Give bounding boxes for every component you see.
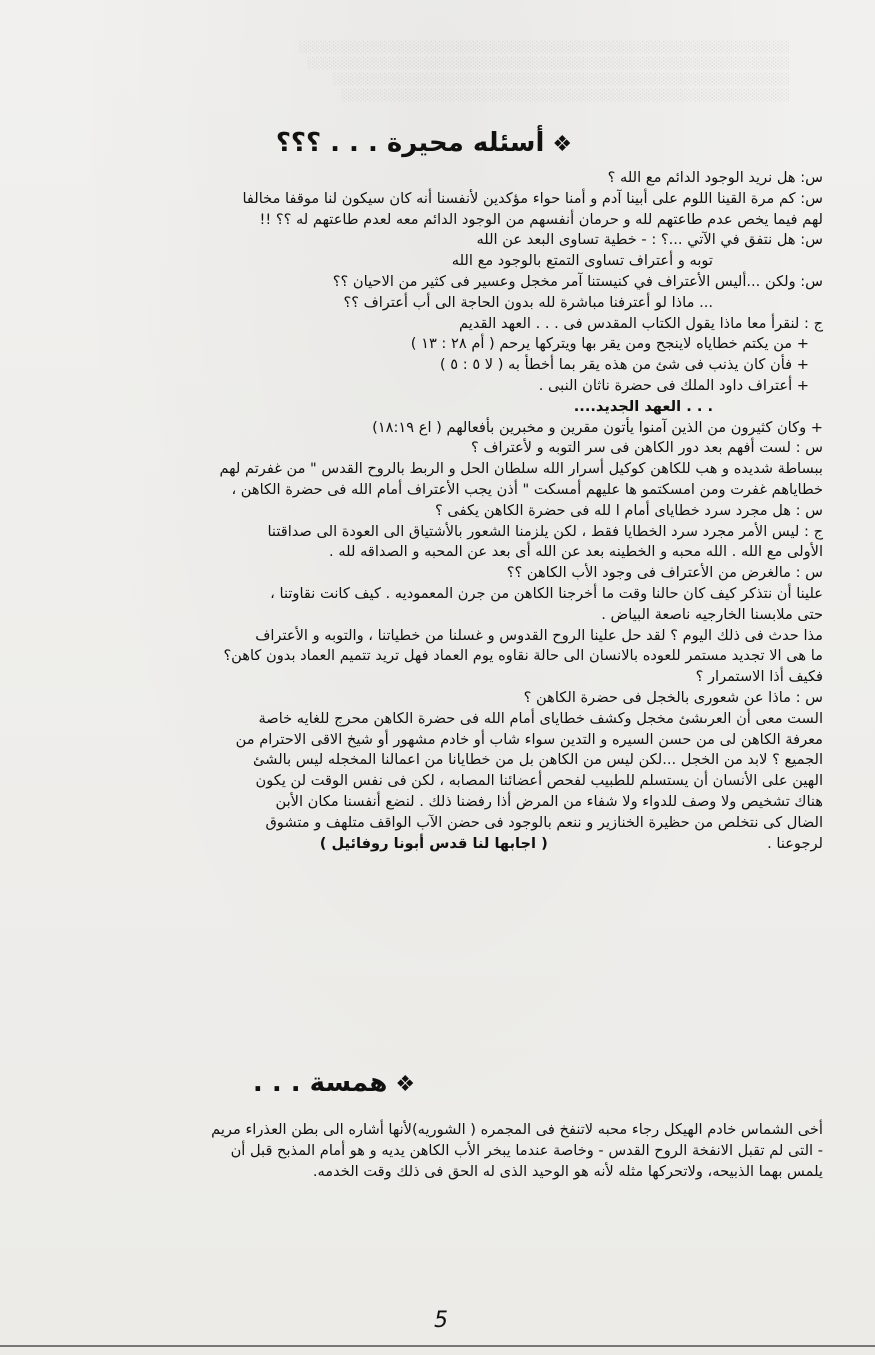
question-line: س: هل نريد الوجود الدائم مع الله ؟: [105, 168, 823, 189]
answer-line: ج : لنقرأ معا ماذا يقول الكتاب المقدس فى…: [105, 314, 823, 335]
text-line: حتى ملابسنا الخارجيه ناصعة البياض .: [105, 605, 823, 626]
four-diamond-bullet-icon: ❖: [552, 132, 572, 157]
text-line: يلمس بهما الذبيحه، ولاتحركها مثله لأنه ه…: [105, 1162, 823, 1183]
question-line: س : لست أفهم بعد دور الكاهن فى سر التوبه…: [105, 438, 823, 459]
text-line: أخى الشماس خادم الهيكل رجاء محبه لاتنفخ …: [105, 1120, 823, 1141]
section-confusing-questions: ❖أسئله محيرة . . . ؟؟؟ س: هل نريد الوجود…: [105, 128, 823, 854]
text-line: فكيف أذا الاستمرار ؟: [105, 667, 823, 688]
question-line: س: ولكن ...أليس الأعتراف في كنيستنا آمر …: [105, 272, 823, 293]
page-bottom-edge: [0, 1345, 875, 1347]
signature: ( اجابها لنا قدس أبونا روفائيل ): [260, 835, 548, 852]
text-line: لهم فيما يخص عدم طاعتهم لله و حرمان أنفس…: [105, 210, 823, 231]
text-line: ما هى الا تجديد مستمر للعوده بالانسان ال…: [105, 646, 823, 667]
text-line: الجميع ؟ لابد من الخجل ...لكن ليس من الك…: [105, 750, 823, 771]
section-title-text: همسة . . .: [253, 1068, 387, 1098]
question-line: س: كم مرة القينا اللوم على أبينا آدم و أ…: [105, 189, 823, 210]
closing-text: لرجوعنا .: [767, 835, 823, 852]
section-title-text: أسئله محيرة . . . ؟؟؟: [276, 128, 545, 158]
answer-line: ج : ليس الأمر مجرد سرد الخطايا فقط ، لكن…: [105, 522, 823, 543]
text-line: الهين على الأنسان أن يستسلم للطبيب لفحص …: [105, 771, 823, 792]
text-line: - التى لم تقبل الانفخة الروح القدس - وخا…: [105, 1141, 823, 1162]
question-line: س : مالغرض من الأعتراف فى وجود الأب الكا…: [105, 563, 823, 584]
section-title: ❖همسة . . .: [105, 1068, 823, 1098]
verse-line: + من يكتم خطاياه لاينجح ومن يقر بها ويتر…: [105, 334, 823, 355]
subheading-new-testament: . . . العهد الجديد....: [105, 397, 823, 418]
question-line: س: هل نتفق في الآتي ...؟ : - خطية تساوى …: [105, 230, 823, 251]
text-line: الست معى أن العرىشئ مخجل وكشف خطاياى أما…: [105, 709, 823, 730]
text-line: معرفة الكاهن لى من حسن السيره و التدين س…: [105, 730, 823, 751]
four-diamond-bullet-icon: ❖: [395, 1072, 415, 1097]
text-line: لرجوعنا . ( اجابها لنا قدس أبونا روفائيل…: [105, 834, 823, 855]
verse-line: + وكان كثيرون من الذين آمنوا يأتون مقرين…: [105, 418, 823, 439]
bleed-through-text: ░░░░░░░░░░░░░░░░░░░░░░░░░░░░░░░░░░░░░░░░…: [90, 40, 790, 104]
question-line: س : هل مجرد سرد خطاياى أمام ا لله فى حضر…: [105, 501, 823, 522]
question-line: س : ماذا عن شعورى بالخجل فى حضرة الكاهن …: [105, 688, 823, 709]
text-line: ... ماذا لو أعترفنا مباشرة لله بدون الحا…: [105, 293, 823, 314]
verse-line: + فأن كان يذنب فى شئ من هذه يقر بما أخطأ…: [105, 355, 823, 376]
text-line: هناك تشخيص ولا وصف للدواء ولا شفاء من ال…: [105, 792, 823, 813]
text-line: ببساطة شديده و هب للكاهن كوكيل أسرار الل…: [105, 459, 823, 480]
verse-line: + أعتراف داود الملك فى حضرة ناثان النبى …: [105, 376, 823, 397]
text-line: توبه و أعتراف تساوى التمتع بالوجود مع ال…: [105, 251, 823, 272]
section-title: ❖أسئله محيرة . . . ؟؟؟: [105, 128, 823, 158]
section-whisper: ❖همسة . . . أخى الشماس خادم الهيكل رجاء …: [105, 1068, 823, 1182]
page-number: 5: [434, 1308, 448, 1333]
text-line: الأولى مع الله . الله محبه و الخطينه بعد…: [105, 542, 823, 563]
scanned-page: ░░░░░░░░░░░░░░░░░░░░░░░░░░░░░░░░░░░░░░░░…: [0, 0, 875, 1355]
text-line: مذا حدث فى ذلك اليوم ؟ لقد حل علينا الرو…: [105, 626, 823, 647]
text-line: خطاياهم غفرت ومن امسكتمو ها عليهم أمسكت …: [105, 480, 823, 501]
text-line: الضال كى نتخلص من حظيرة الخنازير و ننعم …: [105, 813, 823, 834]
text-line: علينا أن نتذكر كيف كان حالنا وقت ما أخرج…: [105, 584, 823, 605]
